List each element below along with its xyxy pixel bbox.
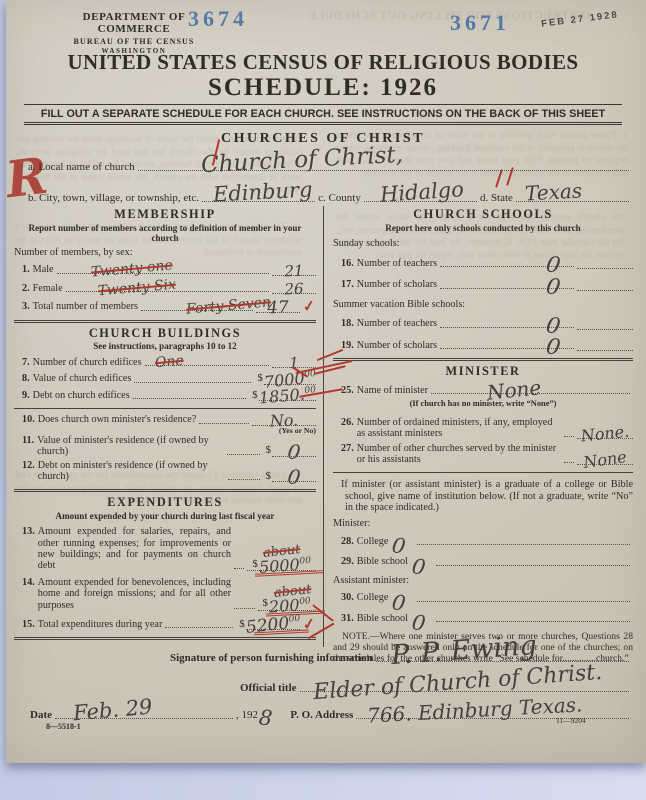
dotted-line: 0 [440, 288, 574, 289]
question-label: Number of ordained ministers, if any, em… [357, 417, 561, 439]
dotted-line [436, 621, 630, 622]
buildings-subheading: See instructions, paragraphs 10 to 12 [14, 341, 316, 352]
dotted-line [564, 462, 574, 463]
dotted-line: One [145, 365, 269, 366]
question-number: 30. [341, 592, 354, 604]
expenditures-heading: EXPENDITURES [14, 497, 316, 509]
question-label: Female [33, 283, 63, 295]
question-row-residence-value: 11. Value of minister's residence (if ow… [14, 435, 316, 457]
question-row-own-residence: 10. Does church own minister's residence… [14, 414, 316, 426]
dotted-line [227, 454, 259, 455]
handwritten-zero: 0 [545, 281, 561, 293]
crossed-out-entry: Twenty Six [98, 279, 177, 297]
received-date-stamp: FEB 27 1928 [541, 9, 620, 29]
signature-row: Signature of person furnishing informati… [14, 652, 632, 664]
dollar-sign: $ [252, 559, 258, 571]
question-row-total-expenditures: 15. Total expenditures during year $ 520… [14, 619, 316, 631]
question-row-ordained-ministers: 26. Number of ordained ministers, if any… [333, 417, 633, 439]
answer-line: None. [577, 428, 633, 439]
question-row-running-expenses: 13. Amount expended for salaries, repair… [14, 526, 316, 571]
question-label: Male [33, 264, 54, 276]
section-rule [14, 320, 316, 323]
question-number: 18. [341, 318, 354, 330]
question-number: 28. [341, 536, 354, 548]
handwritten-value: Hidalgo [379, 177, 464, 207]
minister-none-hint: (If church has no minister, write “None”… [333, 398, 633, 410]
handwritten-value: 21 [272, 264, 316, 278]
date-address-row: Date Feb. 29 , 192 8 P. O. Address 766. … [14, 709, 632, 721]
answer-line: 21 [272, 265, 316, 276]
column-divider [323, 206, 324, 647]
answer-line [577, 350, 633, 351]
dotted-line [165, 627, 233, 628]
answer-line: 47 [256, 302, 300, 313]
crossed-out-entry: Twenty one [90, 260, 173, 279]
crossed-out-entry: One [154, 355, 184, 369]
dotted-line [564, 436, 574, 437]
question-label: Value of church edifices [33, 373, 132, 385]
question-label: Does church own minister's residence? [38, 414, 197, 426]
membership-subheading: Report number of members according to de… [14, 223, 316, 244]
schools-heading: CHURCH SCHOOLS [333, 209, 633, 221]
question-row-total-members: 3. Total number of members Forty Seven 4… [14, 301, 316, 313]
question-number: 25. [341, 385, 354, 397]
question-label: Number of scholars [357, 279, 437, 291]
dotted-line [234, 568, 244, 569]
census-schedule-1926-scan: { "marks": { "check": "✓" }, "header": {… [0, 0, 646, 800]
section-rule [333, 472, 633, 473]
dotted-line: Edinburg [202, 201, 315, 202]
question-row-assistant-college: 30. College 0 [333, 592, 633, 604]
dollar-sign: $ [252, 390, 258, 402]
graduate-instructions: If minister (or assistant minister) is a… [333, 479, 633, 513]
red-check-mark: ✓ [303, 619, 317, 632]
question-number: 17. [341, 279, 354, 291]
question-label: Total number of members [33, 301, 138, 313]
handwritten-year-digit: 8 [258, 711, 273, 724]
form-title: UNITED STATES CENSUS OF RELIGIOUS BODIES [0, 50, 646, 75]
handwritten-value: Texas [524, 179, 582, 206]
handwritten-value: Church of Christ, [201, 142, 404, 179]
dotted-line [417, 544, 630, 545]
question-number: 31. [341, 613, 354, 625]
question-row-edifice-debt: 9. Debt on church edifices $ 1850.00 [14, 390, 316, 402]
dollar-sign: $ [257, 373, 263, 385]
dotted-line: Twenty one [57, 273, 269, 274]
handwritten-zero: 0 [411, 562, 425, 572]
agency-line: BUREAU OF THE CENSUS [48, 37, 220, 46]
right-column: CHURCH SCHOOLS Report here only schools … [333, 209, 633, 664]
handwritten-zero: 0 [411, 618, 425, 628]
red-check-mark: ✓ [303, 301, 317, 314]
dotted-line: Texas [516, 201, 629, 202]
answer-line: 520000 [246, 619, 301, 630]
answer-line: No. (Yes or No) [252, 415, 316, 426]
question-label: Amount expended for benevolences, includ… [38, 577, 231, 611]
question-label: Amount expended for salaries, repairs, a… [38, 526, 231, 571]
dotted-line: 0 [440, 327, 574, 328]
question-label: Number of teachers [357, 318, 437, 330]
section-rule [333, 358, 633, 361]
question-row-vbs-teachers: 18. Number of teachers 0 [333, 318, 633, 330]
handwritten-value: 26 [272, 282, 316, 296]
print-code: 11—9204 [556, 716, 586, 725]
question-number: 16. [341, 258, 354, 270]
question-number: 26. [341, 417, 354, 429]
question-row-minister-college: 28. College 0 [333, 536, 633, 548]
group-label-assistant-minister: Assistant minister: [333, 575, 633, 587]
question-number: 11. [22, 435, 34, 447]
section-rule [14, 637, 316, 640]
dotted-line [133, 398, 247, 399]
form-content: DEPARTMENT OF COMMERCE BUREAU OF THE CEN… [0, 0, 646, 800]
dotted-line: Feb. 29 [55, 718, 233, 719]
dollar-sign: $ [263, 598, 269, 610]
question-label: Bible school [357, 556, 408, 568]
expenditures-subheading: Amount expended by your church during la… [14, 511, 316, 522]
left-column: MEMBERSHIP Report number of members acco… [14, 209, 316, 640]
dotted-line [199, 423, 249, 424]
answer-line: None [577, 454, 633, 465]
answer-line: $ 20000 [258, 598, 317, 611]
question-number: 13. [22, 526, 35, 538]
membership-intro: Number of members, by sex: [14, 247, 316, 259]
section-rule [14, 489, 316, 492]
question-label: Number of church edifices [33, 357, 142, 369]
dollar-sign: $ [266, 445, 272, 457]
handwritten-value: 0 [271, 468, 316, 486]
question-number: 3. [22, 301, 30, 313]
amount-cell: about $ 500000 [247, 546, 316, 571]
handwritten-zero: 0 [545, 260, 561, 272]
printed-year: , 192 [236, 709, 258, 721]
serial-stamp-right: 3671 [450, 10, 510, 36]
dollar-sign: $ [239, 619, 245, 631]
field-local-name: a. Local name of church Church of Christ… [28, 153, 632, 173]
form-number: 8—5518-1 [46, 722, 81, 731]
answer-line [577, 329, 633, 330]
signature-label: Signature of person furnishing informati… [170, 652, 373, 664]
denomination-heading: CHURCHES OF CHRIST [0, 131, 646, 147]
question-number: 14. [22, 577, 35, 589]
membership-heading: MEMBERSHIP [14, 209, 316, 221]
field-label: c. County [318, 192, 361, 204]
handwritten-value: None [576, 450, 633, 470]
question-number: 8. [22, 373, 30, 385]
group-label-sunday-schools: Sunday schools: [333, 238, 633, 250]
handwritten-value: 47 [256, 301, 300, 315]
field-label: a. Local name of church [28, 161, 135, 173]
answer-line: $ 500000 [247, 559, 316, 572]
handwritten-value: None. [577, 425, 634, 443]
question-number: 9. [22, 390, 30, 402]
group-label-minister: Minister: [333, 518, 633, 530]
question-row-ss-teachers: 16. Number of teachers 0 [333, 258, 633, 270]
question-label: College [357, 592, 389, 604]
question-label: Name of minister [357, 385, 428, 397]
question-row-vbs-scholars: 19. Number of scholars 0 [333, 340, 633, 352]
dotted-line: None [431, 393, 630, 394]
answer-line: 0 [272, 446, 316, 457]
field-label: d. State [480, 192, 513, 204]
section-rule [14, 408, 316, 409]
question-row-ss-scholars: 17. Number of scholars 0 [333, 279, 633, 291]
question-row-assistant-bible-school: 31. Bible school 0 [333, 613, 633, 625]
handwritten-zero: 0 [392, 541, 406, 551]
dotted-line: 0 [440, 348, 574, 349]
question-row-other-churches: 27. Number of other churches served by t… [333, 443, 633, 465]
dotted-line: Forty Seven [141, 310, 253, 311]
dotted-line [234, 608, 255, 609]
answer-line: 700000 [264, 374, 316, 385]
handwritten-value: Edinburg [213, 177, 314, 206]
question-row-minister-bible-school: 29. Bible school 0 [333, 556, 633, 568]
question-label: Bible school [357, 613, 408, 625]
question-number: 7. [22, 357, 30, 369]
serial-stamp-left: 3674 [188, 6, 248, 32]
question-number: 27. [341, 443, 354, 455]
official-title-row: Official title Elder of Church of Christ… [14, 682, 632, 694]
dotted-line [417, 601, 630, 602]
question-number: 12. [22, 460, 35, 472]
dollar-sign: $ [266, 471, 272, 483]
date-label: Date [30, 709, 52, 721]
question-label: Total expenditures during year [38, 619, 163, 631]
handwritten-zero: 0 [545, 320, 561, 332]
buildings-heading: CHURCH BUILDINGS [14, 328, 316, 340]
minister-heading: MINISTER [333, 366, 633, 378]
handwritten-zero: 0 [392, 598, 406, 608]
question-row-female: 2. Female Twenty Six 26 [14, 283, 316, 295]
handwritten-value: 0 [271, 443, 316, 461]
question-number: 10. [22, 414, 35, 426]
group-label-vacation-schools: Summer vacation Bible schools: [333, 299, 633, 311]
dotted-line [436, 565, 630, 566]
po-address-label: P. O. Address [290, 709, 353, 721]
question-row-residence-debt: 12. Debt on minister's residence (if own… [14, 460, 316, 482]
amount-cell: about $ 20000 [258, 586, 317, 611]
question-number: 2. [22, 283, 30, 295]
question-number: 29. [341, 556, 354, 568]
question-label: Number of teachers [357, 258, 437, 270]
question-label: Value of minister's residence (if owned … [37, 435, 224, 457]
form-subtitle: SCHEDULE: 1926 [0, 74, 646, 102]
answer-line: 0 [272, 471, 316, 482]
schools-subheading: Report here only schools conducted by th… [333, 223, 633, 234]
official-title-label: Official title [240, 682, 297, 694]
answer-line [577, 268, 633, 269]
dotted-line: Hidalgo [364, 201, 477, 202]
question-label: Number of other churches served by the m… [357, 443, 561, 465]
dotted-line [228, 479, 260, 480]
dotted-line: 0 [440, 266, 574, 267]
question-label: Debt on minister's residence (if owned b… [38, 460, 225, 482]
dotted-line: 766. Edinburg Texas. [356, 718, 629, 719]
question-number: 15. [22, 619, 35, 631]
instructions-banner: FILL OUT A SEPARATE SCHEDULE FOR EACH CH… [24, 104, 622, 125]
answer-line [577, 290, 633, 291]
question-label: Debt on church edifices [33, 390, 130, 402]
answer-line: 26 [272, 283, 316, 294]
handwritten-date: Feb. 29 [72, 695, 153, 726]
question-row-edifices: 7. Number of church edifices One 1 [14, 357, 316, 369]
question-label: Number of scholars [357, 340, 437, 352]
question-row-male: 1. Male Twenty one 21 [14, 264, 316, 276]
question-row-minister-name: 25. Name of minister None [333, 385, 633, 397]
question-row-edifice-value: 8. Value of church edifices $ 700000 [14, 373, 316, 385]
field-label: b. City, town, village, or township, etc… [28, 192, 199, 204]
dotted-line: Twenty Six [66, 291, 269, 292]
dotted-line: Church of Christ, [138, 170, 629, 171]
handwritten-value: None [486, 382, 541, 399]
handwritten-zero: 0 [545, 342, 561, 354]
question-label: College [357, 536, 389, 548]
question-number: 1. [22, 264, 30, 276]
dotted-line [134, 382, 251, 383]
field-city-county-state: b. City, town, village, or township, etc… [28, 184, 632, 204]
question-row-benevolences: 14. Amount expended for benevolences, in… [14, 577, 316, 611]
